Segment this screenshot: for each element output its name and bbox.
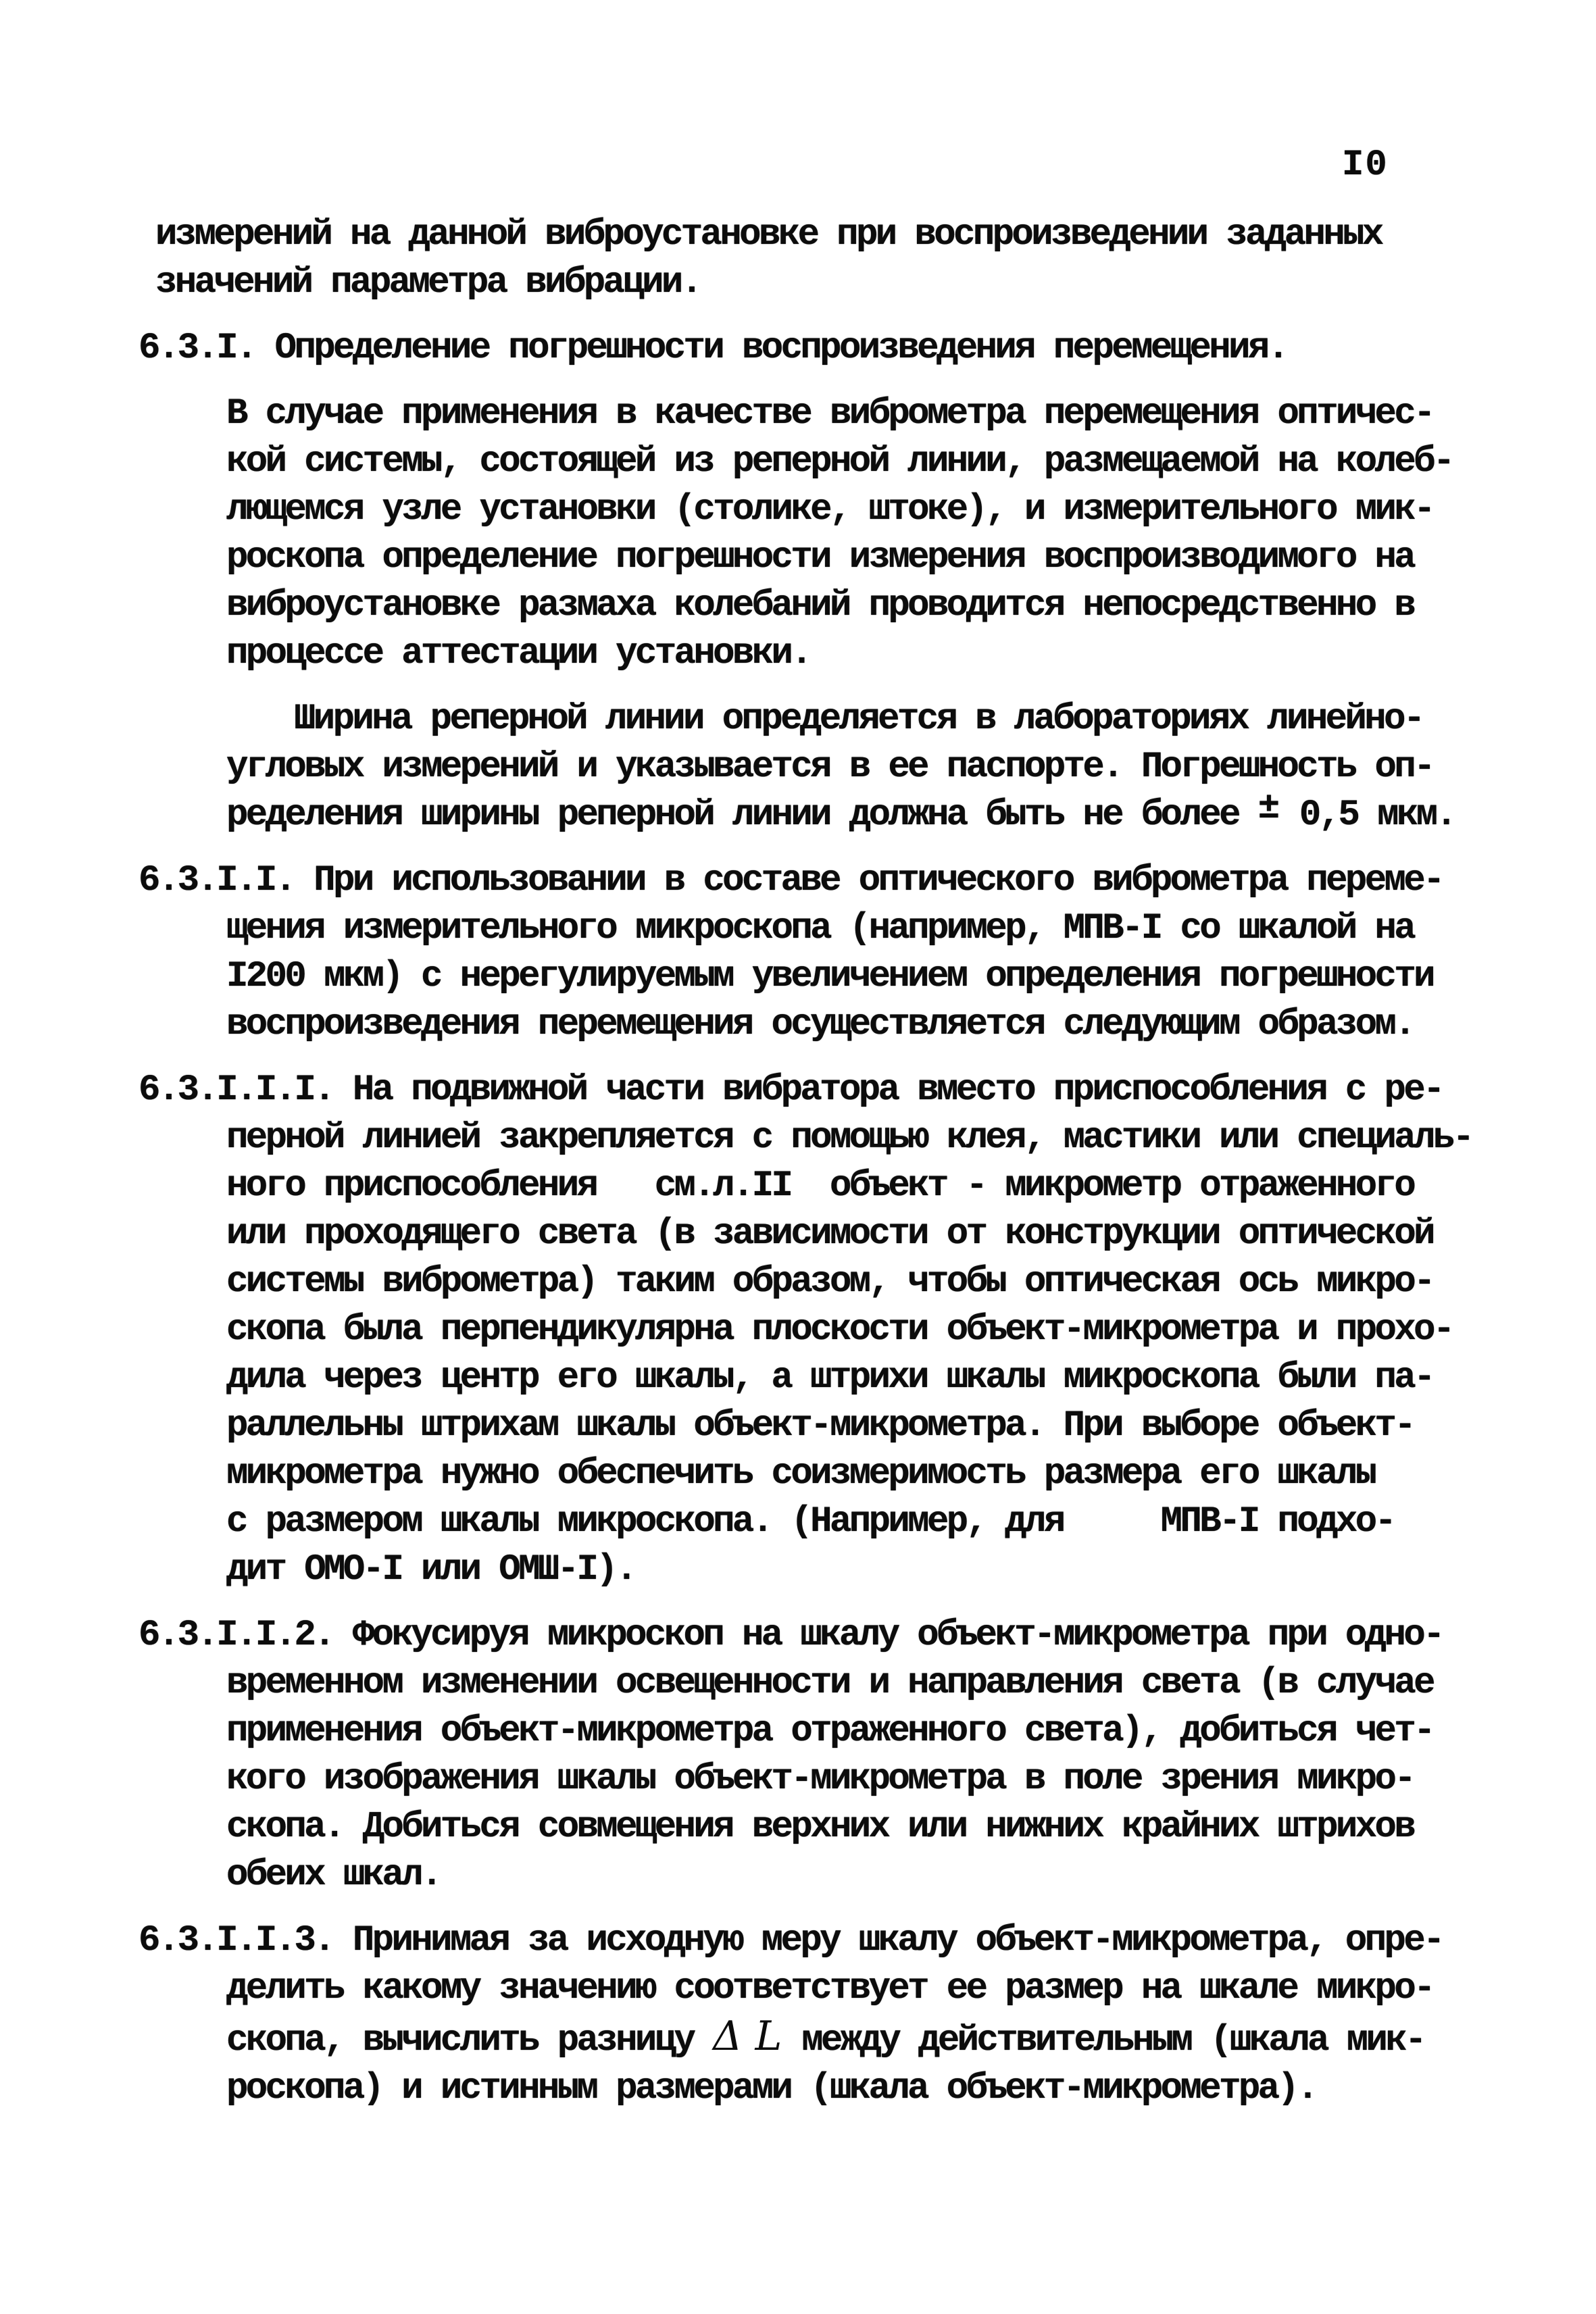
section-heading-6-3-1: 6.3.I. Определение погрешности воспроизв… xyxy=(139,324,1503,372)
clause-6-3-1-1-2: 6.3.I.I.2. Фокусируя микроскоп на шкалу … xyxy=(139,1611,1503,1899)
page-number: I0 xyxy=(1342,145,1389,186)
document-body: измерений на данной виброустановке при в… xyxy=(139,211,1503,2113)
clause-6-3-1-1: 6.3.I.I. При использовании в составе опт… xyxy=(139,857,1503,1049)
paragraph-6-3-1-body-1: В случае применения в качестве виброметр… xyxy=(139,390,1503,678)
scanned-document-page: I0 измерений на данной виброустановке пр… xyxy=(0,0,1596,2314)
plus-minus-symbol: ± xyxy=(1258,788,1280,829)
delta-L-symbol: Δ L xyxy=(713,2013,782,2060)
paragraph-intro-continuation: измерений на данной виброустановке при в… xyxy=(139,211,1503,307)
clause-6-3-1-1-1: 6.3.I.I.I. На подвижной части вибратора … xyxy=(139,1066,1503,1594)
clause-6-3-1-1-3: 6.3.I.I.3. Принимая за исходную меру шка… xyxy=(139,1917,1503,2113)
paragraph-6-3-1-body-2: Ширина реперной линии определяется в лаб… xyxy=(139,695,1503,839)
